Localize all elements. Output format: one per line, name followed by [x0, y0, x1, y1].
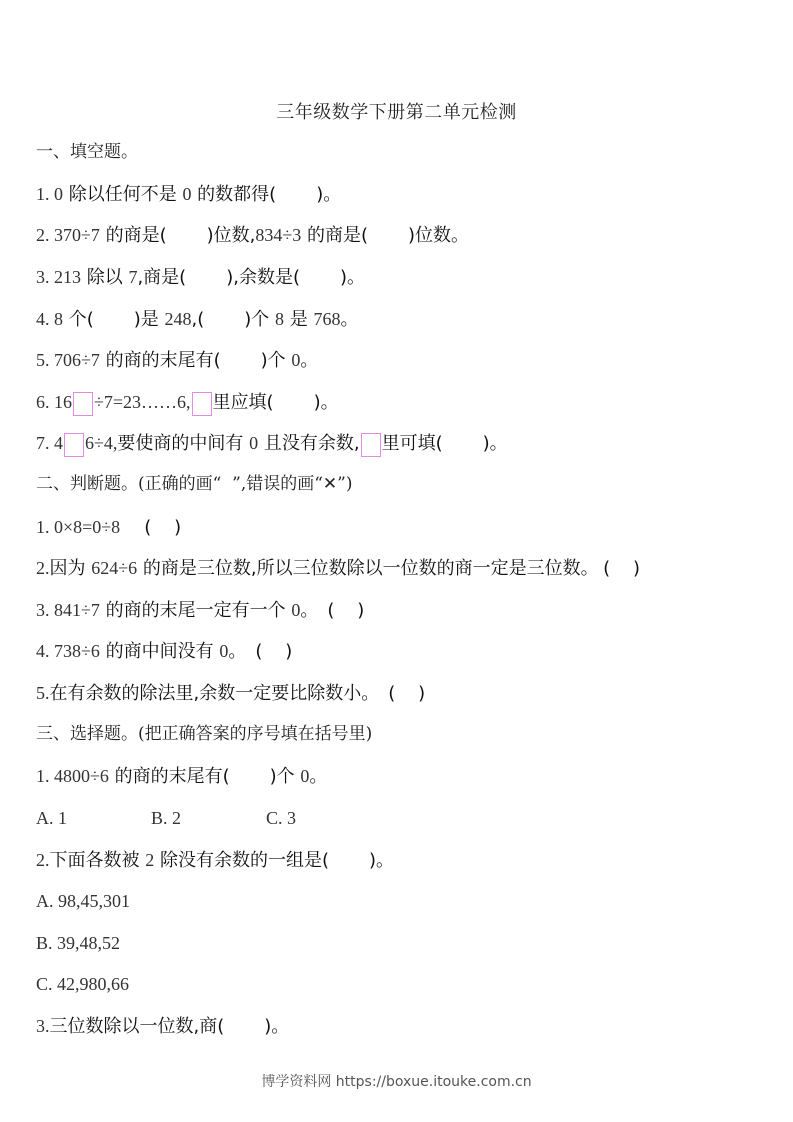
footer-watermark: 博学资料网 https://boxue.itouke.com.cn: [0, 1071, 793, 1091]
question-2-5: 5.在有余数的除法里,余数一定要比除数小。 ( ): [36, 681, 425, 706]
answer-paren[interactable]: ( ): [255, 641, 292, 662]
option-b[interactable]: B. 2: [151, 806, 266, 830]
question-1-2: 2. 370÷7 的商是()位数,834÷3 的商是()位数。: [36, 223, 469, 248]
digit-box[interactable]: [73, 392, 93, 416]
answer-paren[interactable]: ( ): [388, 683, 425, 704]
question-1-7: 7. 46÷4,要使商的中间有 0 且没有余数,里可填()。: [36, 431, 508, 457]
question-3-1: 1. 4800÷6 的商的末尾有()个 0。: [36, 764, 327, 789]
digit-box[interactable]: [64, 433, 84, 457]
document-page: 三年级数学下册第二单元检测 一、填空题。 1. 0 除以任何不是 0 的数都得(…: [0, 0, 793, 1122]
question-1-4: 4. 8 个()是 248,()个 8 是 768。: [36, 307, 358, 332]
question-2-2: 2.因为 624÷6 的商是三位数,所以三位数除以一位数的商一定是三位数。 ( …: [36, 556, 640, 581]
answer-paren[interactable]: ( ): [144, 517, 181, 538]
question-2-4: 4. 738÷6 的商中间没有 0。 ( ): [36, 639, 292, 664]
question-1-3: 3. 213 除以 7,商是(),余数是()。: [36, 265, 365, 290]
section-heading-true-false: 二、判断题。(正确的画“ ”,错误的画“✕”): [36, 472, 352, 496]
digit-box[interactable]: [192, 392, 212, 416]
option-c[interactable]: C. 3: [266, 806, 381, 830]
question-2-1: 1. 0×8=0÷8( ): [36, 515, 181, 540]
answer-paren[interactable]: ( ): [327, 600, 364, 621]
option-a[interactable]: A. 98,45,301: [36, 889, 130, 913]
question-1-6: 6. 16÷7=23……6,里应填()。: [36, 390, 339, 416]
option-c[interactable]: C. 42,980,66: [36, 972, 129, 996]
digit-box[interactable]: [361, 433, 381, 457]
question-2-3: 3. 841÷7 的商的末尾一定有一个 0。 ( ): [36, 598, 364, 623]
question-1-5: 5. 706÷7 的商的末尾有()个 0。: [36, 348, 318, 373]
section-heading-fill-blank: 一、填空题。: [36, 140, 138, 164]
answer-paren[interactable]: ( ): [603, 558, 640, 579]
option-a[interactable]: A. 1: [36, 806, 151, 830]
question-3-1-options: A. 1B. 2C. 3: [36, 806, 381, 830]
section-heading-multiple-choice: 三、选择题。(把正确答案的序号填在括号里): [36, 722, 372, 746]
question-3-2: 2.下面各数被 2 除没有余数的一组是()。: [36, 848, 394, 873]
page-title: 三年级数学下册第二单元检测: [0, 98, 793, 124]
question-1-1: 1. 0 除以任何不是 0 的数都得()。: [36, 182, 341, 207]
option-b[interactable]: B. 39,48,52: [36, 931, 120, 955]
question-3-3: 3.三位数除以一位数,商()。: [36, 1014, 289, 1039]
